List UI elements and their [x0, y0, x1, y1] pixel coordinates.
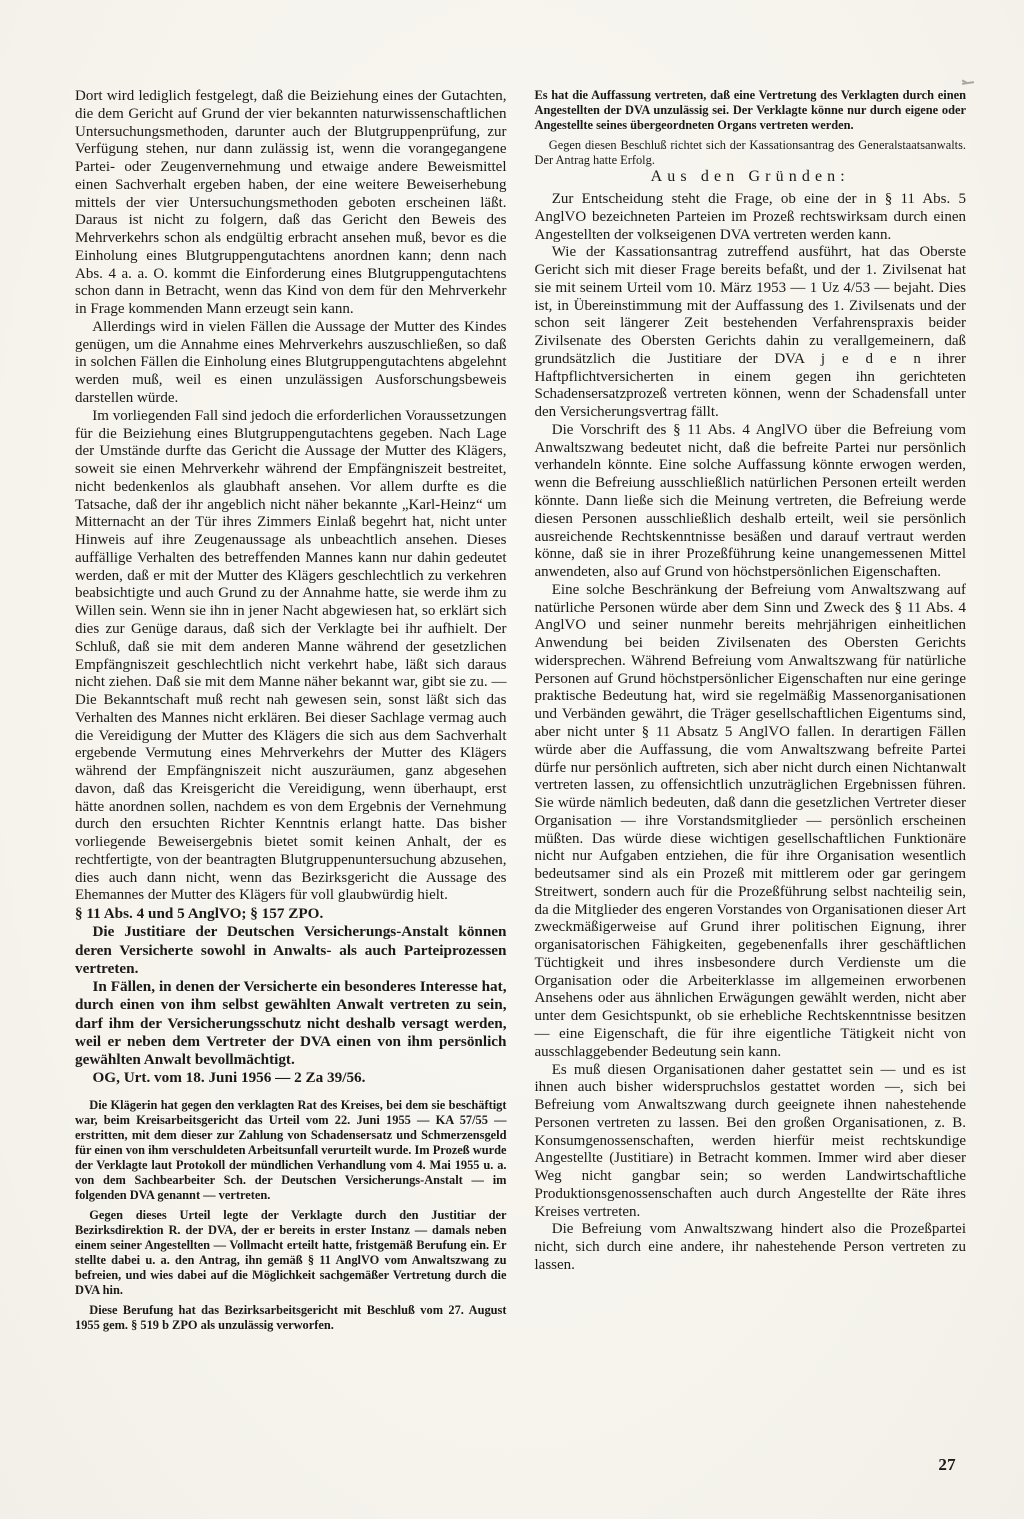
decision-text-paragraph: Allerdings wird in vielen Fällen die Aus…	[75, 319, 507, 408]
right-column: Es hat die Auffassung vertreten, daß ein…	[535, 88, 967, 1333]
left-column: Dort wird lediglich festgelegt, daß die …	[75, 88, 507, 1333]
facts-paragraph-continuation: Es hat die Auffassung vertreten, daß ein…	[535, 88, 967, 133]
facts-paragraph: Diese Berufung hat das Bezirksarbeitsger…	[75, 1303, 507, 1333]
case-citation: OG, Urt. vom 18. Juni 1956 — 2 Za 39/56.	[75, 1069, 507, 1087]
reasons-paragraph: Wie der Kassationsantrag zutreffend ausf…	[535, 244, 967, 422]
two-column-layout: Dort wird lediglich festgelegt, daß die …	[75, 88, 966, 1333]
decision-text-continuation: Dort wird lediglich festgelegt, daß die …	[75, 88, 507, 319]
facts-paragraph: Gegen diesen Beschluß richtet sich der K…	[535, 138, 967, 168]
headnote-paragraph: In Fällen, in denen der Versicherte ein …	[75, 978, 507, 1069]
journal-page: Dort wird lediglich festgelegt, daß die …	[0, 0, 1024, 1519]
reasons-paragraph: Zur Entscheidung steht die Frage, ob ein…	[535, 191, 967, 244]
page-number: 27	[938, 1455, 956, 1475]
statute-heading: § 11 Abs. 4 und 5 AnglVO; § 157 ZPO.	[75, 905, 507, 923]
reasons-paragraph: Es muß diesen Organisationen daher gesta…	[535, 1062, 967, 1222]
reasons-paragraph: Die Befreiung vom Anwaltszwang hindert a…	[535, 1221, 967, 1274]
reasons-paragraph: Eine solche Beschränkung der Befreiung v…	[535, 582, 967, 1062]
headnote-paragraph: Die Justitiare der Deutschen Versicherun…	[75, 923, 507, 978]
decision-text-paragraph: Im vorliegenden Fall sind jedoch die erf…	[75, 408, 507, 905]
facts-paragraph: Die Klägerin hat gegen den verklagten Ra…	[75, 1098, 507, 1203]
scan-artifact-mark	[962, 81, 974, 85]
facts-paragraph: Gegen dieses Urteil legte der Verklagte …	[75, 1208, 507, 1298]
reasons-heading: Aus den Gründen:	[535, 168, 967, 186]
reasons-paragraph: Die Vorschrift des § 11 Abs. 4 AnglVO üb…	[535, 422, 967, 582]
